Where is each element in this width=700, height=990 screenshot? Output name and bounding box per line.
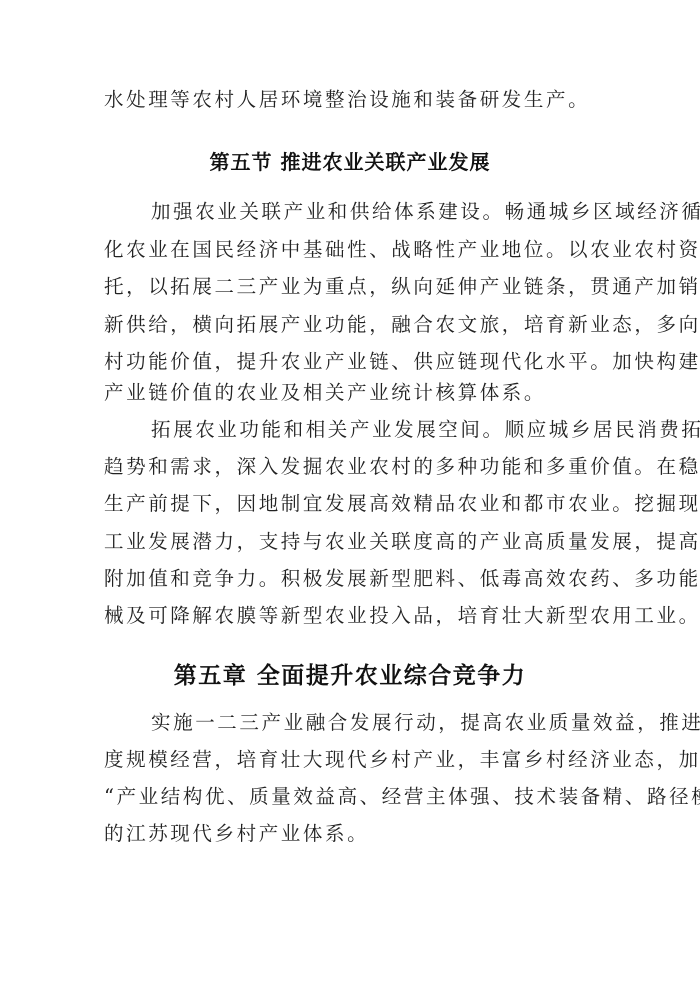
- paragraph-line: 化农业在国民经济中基础性、战略性产业地位。以农业农村资源为依: [104, 238, 600, 262]
- paragraph-line: 度规模经营，培育壮大现代乡村产业，丰富乡村经济业态，加快构建: [104, 748, 600, 772]
- paragraph-line: “产业结构优、质量效益高、经营主体强、技术装备精、路径模式新”: [104, 785, 600, 809]
- intro-tail-line: 水处理等农村人居环境整治设施和装备研发生产。: [104, 88, 600, 112]
- paragraph-line: 托，以拓展二三产业为重点，纵向延伸产业链条，贯通产加销，创造: [104, 275, 600, 299]
- paragraph-line: 实施一二三产业融合发展行动，提高农业质量效益，推进农业适: [151, 711, 600, 735]
- paragraph-line: 村功能价值，提升农业产业链、供应链现代化水平。加快构建反映全: [104, 350, 600, 374]
- paragraph-line: 拓展农业功能和相关产业发展空间。顺应城乡居民消费拓展升级: [151, 418, 600, 442]
- chapter-heading: 第五章 全面提升农业综合竞争力: [0, 657, 700, 690]
- paragraph-line: 附加值和竞争力。积极发展新型肥料、低毒高效农药、多功能农业机: [104, 567, 600, 591]
- paragraph-line: 生产前提下，因地制宜发展高效精品农业和都市农业。挖掘现代食品: [104, 492, 600, 516]
- paragraph-line: 的江苏现代乡村产业体系。: [104, 822, 600, 846]
- paragraph-line: 产业链价值的农业及相关产业统计核算体系。: [104, 381, 600, 405]
- section-heading: 第五节 推进农业关联产业发展: [0, 146, 700, 175]
- paragraph-line: 新供给，横向拓展产业功能，融合农文旅，培育新业态，多向提升乡: [104, 313, 600, 337]
- paragraph-line: 工业发展潜力，支持与农业关联度高的产业高质量发展，提高农产品: [104, 530, 600, 554]
- paragraph-line: 加强农业关联产业和供给体系建设。畅通城乡区域经济循环，强: [151, 200, 600, 224]
- document-page: 水处理等农村人居环境整治设施和装备研发生产。 第五节 推进农业关联产业发展 加强…: [0, 0, 700, 990]
- paragraph-line: 趋势和需求，深入发掘农业农村的多种功能和多重价值。在稳定粮食: [104, 455, 600, 479]
- paragraph-line: 械及可降解农膜等新型农业投入品，培育壮大新型农用工业。: [104, 604, 600, 628]
